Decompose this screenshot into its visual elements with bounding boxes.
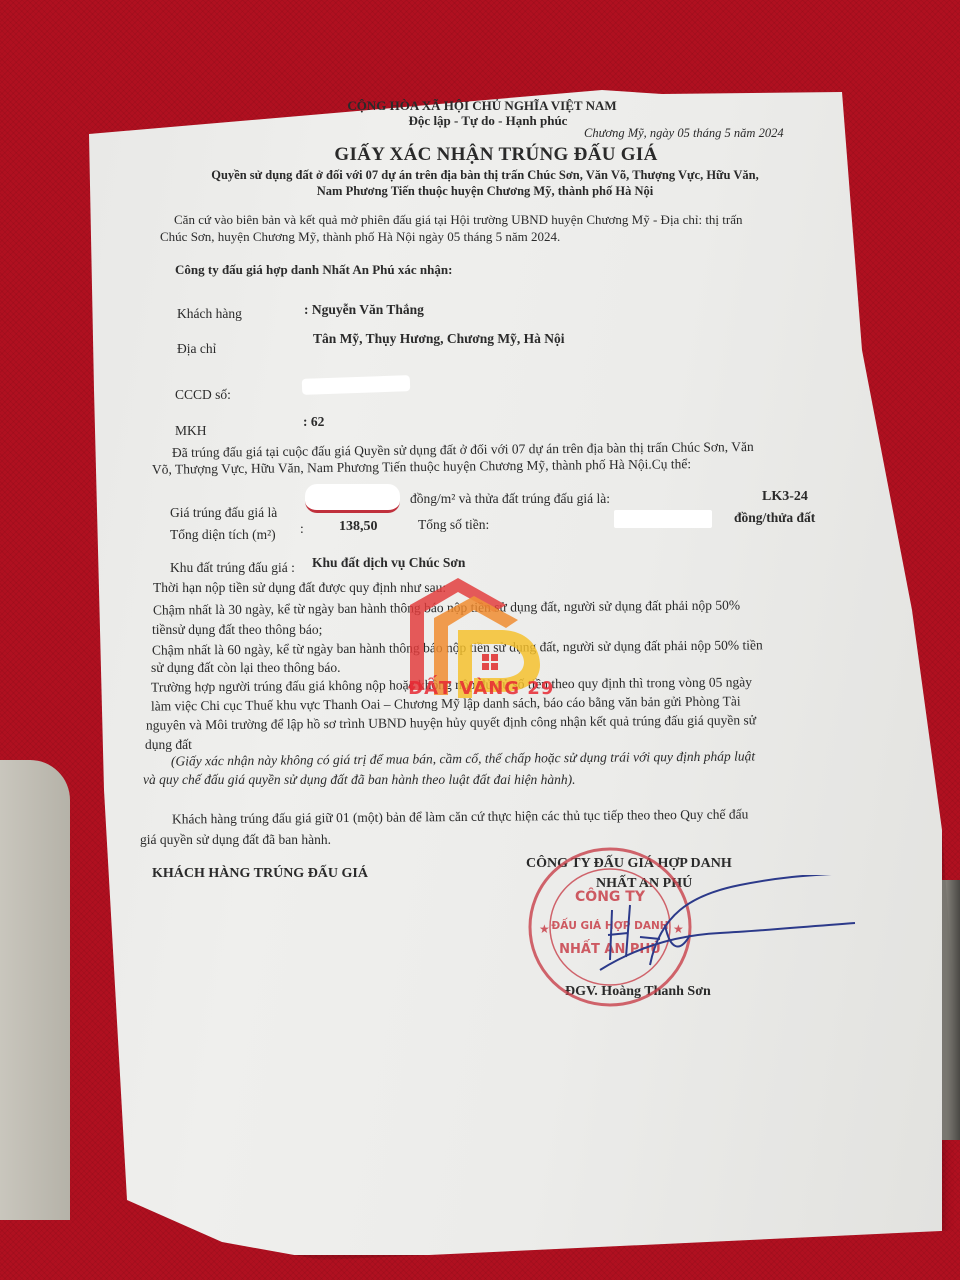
- zone-label: Khu đất trúng đấu giá :: [170, 560, 295, 576]
- document-title: GIẤY XÁC NHẬN TRÚNG ĐẤU GIÁ: [334, 144, 657, 166]
- zone-value: Khu đất dịch vụ Chúc Sơn: [312, 555, 465, 571]
- area-sep: :: [300, 521, 304, 537]
- motto: Độc lập - Tự do - Hạnh phúc: [409, 113, 568, 129]
- plot-number: LK3-24: [762, 489, 808, 505]
- basis-line-2: Chúc Sơn, huyện Chương Mỹ, thành phố Hà …: [160, 229, 560, 245]
- area-label: Tổng diện tích (m²): [170, 527, 276, 543]
- disclaimer-line-2: và quy chế đấu giá quyền sử dụng đất đã …: [143, 772, 576, 788]
- term-line-3: tiềnsử dụng đất theo thông báo;: [152, 622, 322, 638]
- id-label: CCCD số:: [175, 387, 231, 403]
- total-redaction: [614, 510, 712, 528]
- address-label: Địa chỉ: [177, 341, 216, 357]
- subtitle-line-1: Quyền sử dụng đất ở đối với 07 dự án trê…: [211, 168, 759, 183]
- signature: [580, 875, 860, 985]
- id-redaction: [302, 375, 410, 395]
- price-redaction: [305, 484, 400, 513]
- basis-line-1: Căn cứ vào biên bản và kết quả mở phiên …: [174, 212, 743, 228]
- price-label: Giá trúng đấu giá là: [170, 505, 277, 521]
- document: CỘNG HÒA XÃ HỘI CHỦ NGHĨA VIỆT NAM Độc l…: [0, 0, 960, 1280]
- price-unit: đồng/m² và thửa đất trúng đấu giá là:: [410, 491, 610, 507]
- term-line-8: nguyên và Môi trường để lập hồ sơ trình …: [146, 712, 756, 733]
- place-date: Chương Mỹ, ngày 05 tháng 5 năm 2024: [584, 126, 784, 141]
- mkh-label: MKH: [175, 423, 207, 439]
- term-line-5: sử dụng đất còn lại theo thông báo.: [151, 660, 341, 676]
- customer-name-label: Khách hàng: [177, 306, 242, 322]
- total-unit: đồng/thửa đất: [734, 510, 815, 526]
- total-label: Tổng số tiền:: [418, 517, 489, 533]
- address-value: Tân Mỹ, Thụy Hương, Chương Mỹ, Hà Nội: [313, 331, 564, 347]
- keep-copy-line-1: Khách hàng trúng đấu giá giữ 01 (một) bả…: [172, 806, 749, 827]
- nation-header: CỘNG HÒA XÃ HỘI CHỦ NGHĨA VIỆT NAM: [347, 98, 616, 114]
- keep-copy-line-2: giá quyền sử dụng đất đã ban hành.: [140, 832, 331, 848]
- customer-signature-title: KHÁCH HÀNG TRÚNG ĐẤU GIÁ: [152, 866, 368, 882]
- confirm-line: Công ty đấu giá hợp danh Nhất An Phú xác…: [175, 262, 452, 278]
- watermark-text: ĐẤT VÀNG 29: [408, 678, 554, 699]
- svg-text:★: ★: [539, 922, 550, 936]
- customer-name-value: : Nguyễn Văn Thắng: [304, 302, 424, 318]
- disclaimer-line-1: (Giấy xác nhận này không có giá trị để m…: [171, 748, 755, 769]
- area-value: 138,50: [339, 519, 378, 535]
- subtitle-line-2: Nam Phương Tiến thuộc huyện Chương Mỹ, t…: [317, 184, 653, 199]
- term-line-9: dụng đất: [145, 737, 192, 753]
- mkh-value: : 62: [303, 414, 324, 430]
